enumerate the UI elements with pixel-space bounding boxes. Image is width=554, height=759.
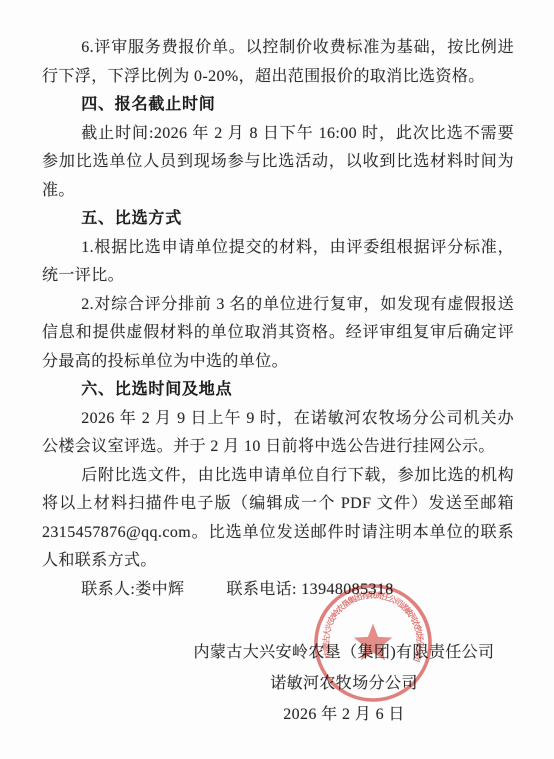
- contact-phone: 联系电话: 13948085318: [226, 581, 393, 598]
- signature-block: 内蒙古大兴安岭农垦（集团)有限责任公司 诺敏河农牧场分公司 2026 年 2 月…: [168, 637, 520, 730]
- paragraph-method-1: 1.根据比选申请单位提交的材料，由评委组根据评分标准，统一评比。: [42, 234, 514, 291]
- section-heading-deadline: 四、报名截止时间: [42, 91, 514, 120]
- paragraph-method-2: 2.对综合评分排前 3 名的单位进行复审，如发现有虚假报送信息和提供虚假材料的单…: [42, 291, 514, 377]
- signature-company: 内蒙古大兴安岭农垦（集团)有限责任公司: [168, 637, 520, 668]
- section-heading-time-place: 六、比选时间及地点: [42, 376, 514, 405]
- contact-person: 联系人:娄中辉: [81, 581, 184, 598]
- document-body: 6.评审服务费报价单。以控制价收费标准为基础，按比例进行下浮，下浮比例为 0-2…: [42, 34, 514, 730]
- signature-date: 2026 年 2 月 6 日: [168, 699, 520, 730]
- paragraph-deadline: 截止时间:2026 年 2 月 8 日下午 16:00 时，此次比选不需要参加比…: [42, 120, 514, 206]
- paragraph-time-place: 2026 年 2 月 9 日上午 9 时，在诺敏河农牧场分公司机关办公楼会议室评…: [42, 405, 514, 462]
- signature-branch: 诺敏河农牧场分公司: [168, 668, 520, 699]
- contact-line: 联系人:娄中辉联系电话: 13948085318: [42, 576, 514, 605]
- document-page: 6.评审服务费报价单。以控制价收费标准为基础，按比例进行下浮，下浮比例为 0-2…: [0, 0, 554, 759]
- section-heading-method: 五、比选方式: [42, 205, 514, 234]
- paragraph-submission: 后附比选文件，由比选申请单位自行下载，参加比选的机构将以上材料扫描件电子版（编辑…: [42, 462, 514, 576]
- paragraph-review-fee: 6.评审服务费报价单。以控制价收费标准为基础，按比例进行下浮，下浮比例为 0-2…: [42, 34, 514, 91]
